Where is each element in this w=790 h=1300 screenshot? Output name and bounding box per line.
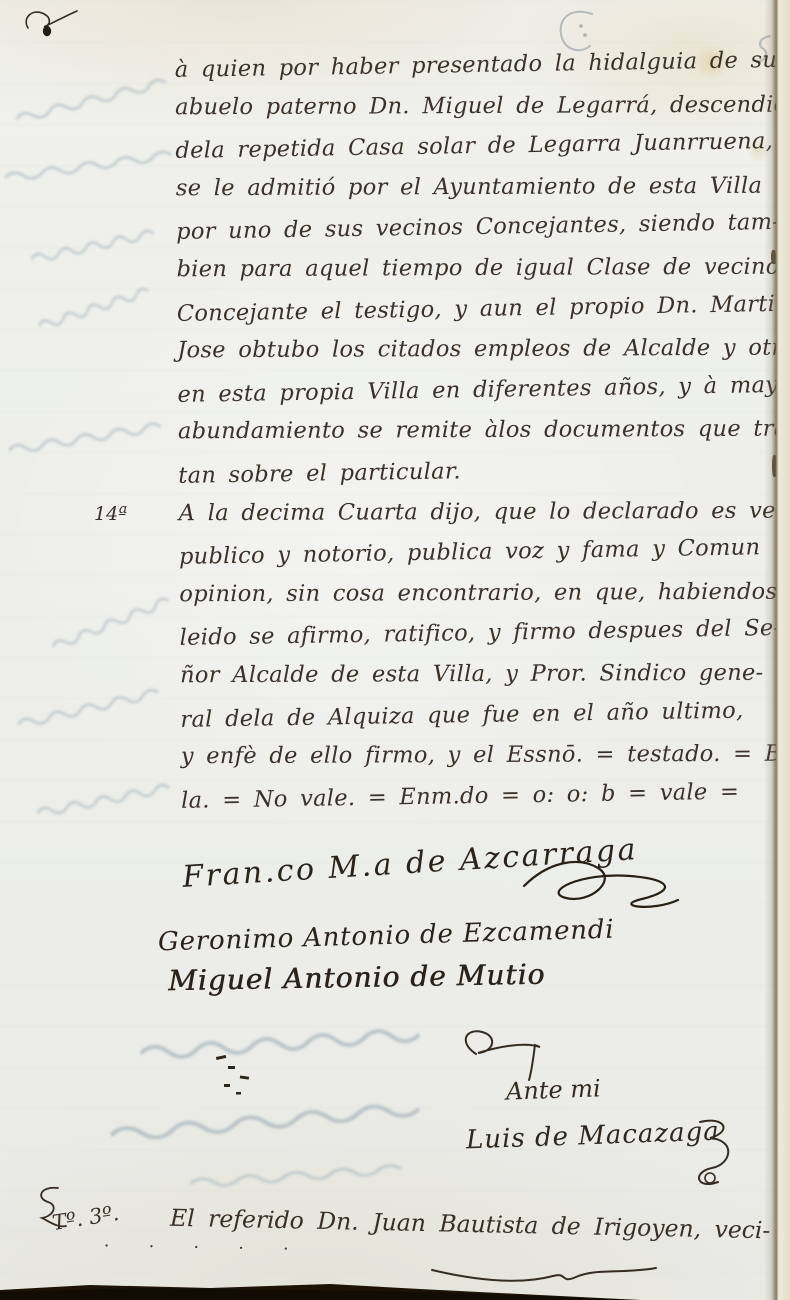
manuscript-line: bien para aquel tiempo de igual Clase de… <box>176 254 768 297</box>
manuscript-line: por uno de sus vecinos Concejantes, sien… <box>176 209 769 259</box>
manuscript-line: publico y notorio, publica voz y fama y … <box>179 534 772 584</box>
manuscript-line: Concejante el testigo, y aun el propio D… <box>177 291 770 341</box>
body-text: à quien por haber presentado la hidalgui… <box>175 49 774 825</box>
manuscript-line: ñor Alcalde de esta Villa, y Pror. Sindi… <box>180 660 772 703</box>
manuscript-line: ral dela de Alquiza que fue en el año ul… <box>180 697 773 747</box>
margin-note-14: 14ª <box>94 503 127 525</box>
manuscript-line: abundamiento se remite àlos documentos q… <box>178 416 770 459</box>
signature-mutio: Miguel Antonio de Mutio <box>168 958 546 998</box>
manuscript-line: abuelo paterno Dn. Miguel de Legarrá, de… <box>175 91 767 134</box>
manuscript-line: opinion, sin cosa encontrario, en que, h… <box>179 578 771 621</box>
manuscript-line: la. = No vale. = Enm.do = o: o: b = vale… <box>181 778 774 828</box>
ink-specks <box>210 1050 270 1100</box>
manuscript-line: tan sobre el particular. <box>178 453 771 503</box>
manuscript-line: se le admitió por el Ayuntamiento de est… <box>176 172 768 215</box>
manuscript-line: y enfè de ello firmo, y el Essnō. = test… <box>181 741 773 784</box>
signature-rubric <box>520 852 685 918</box>
binding-shadow <box>0 1282 640 1300</box>
notary-rubric <box>688 1116 740 1194</box>
ink-blot-flourish <box>20 4 82 44</box>
manuscript-line: A la decima Cuarta dijo, que lo declarad… <box>179 497 771 540</box>
notary-paraph <box>452 1026 552 1084</box>
scanned-manuscript: { "colors": { "paper": "#eef0eb", "ink":… <box>0 0 790 1300</box>
manuscript-line: à quien por haber presentado la hidalgui… <box>175 47 768 97</box>
manuscript-line: dela repetida Casa solar de Legarra Juan… <box>175 128 768 178</box>
manuscript-line: leido se afirmo, ratifico, y firmo despu… <box>179 615 772 665</box>
manuscript-line: Jose obtubo los citados empleos de Alcal… <box>177 335 769 378</box>
ante-mi-label: Ante mi <box>506 1074 602 1105</box>
page-edge <box>764 0 790 1300</box>
leader-dots: . . . . . <box>104 1231 306 1255</box>
manuscript-line: en esta propia Villa en diferentes años,… <box>177 372 770 422</box>
